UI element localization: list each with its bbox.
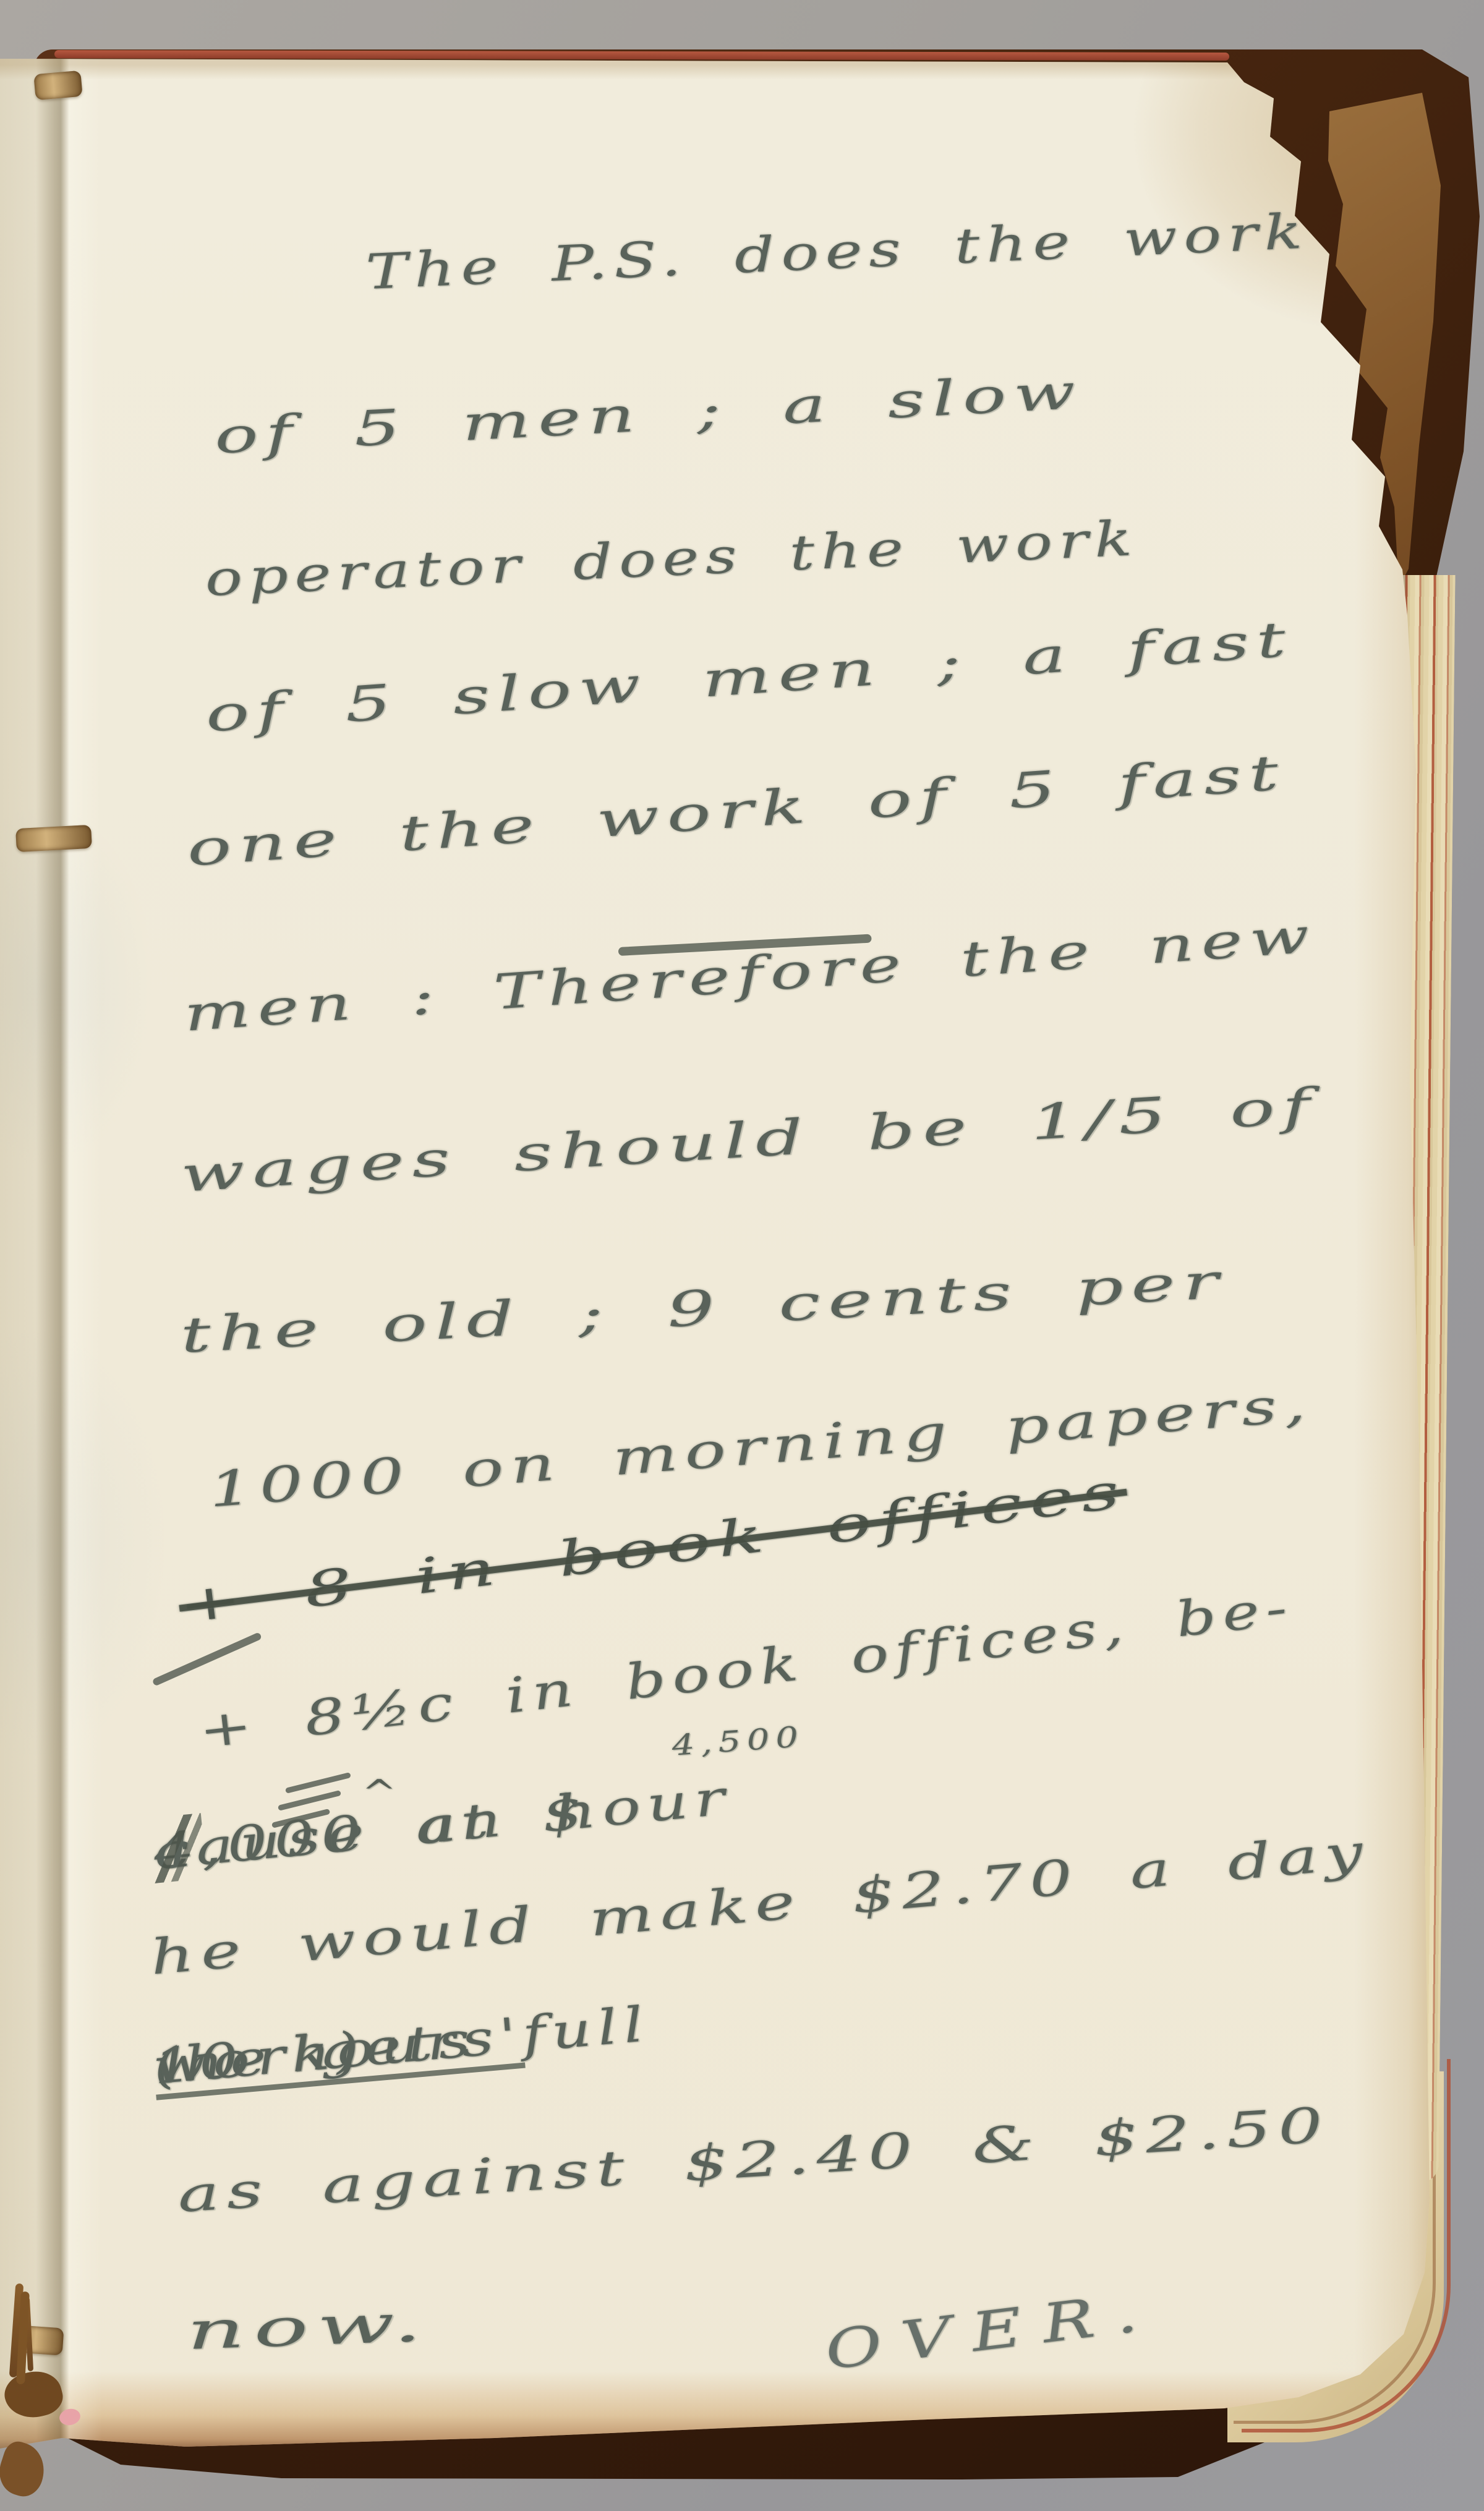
notebook-page: The P.S. does the workof 5 men ; a slowo… bbox=[0, 59, 1435, 2458]
handwriting-layer: The P.S. does the workof 5 men ; a slowo… bbox=[0, 59, 1435, 2458]
line-12: cause at $4,000 an hour bbox=[151, 1825, 203, 1877]
hatch-mark-1 bbox=[285, 1772, 351, 1794]
binding-fray bbox=[0, 2438, 51, 2501]
strike-through-tail bbox=[152, 1632, 262, 1686]
notebook-scan-background: The P.S. does the workof 5 men ; a slowo… bbox=[0, 0, 1484, 2511]
